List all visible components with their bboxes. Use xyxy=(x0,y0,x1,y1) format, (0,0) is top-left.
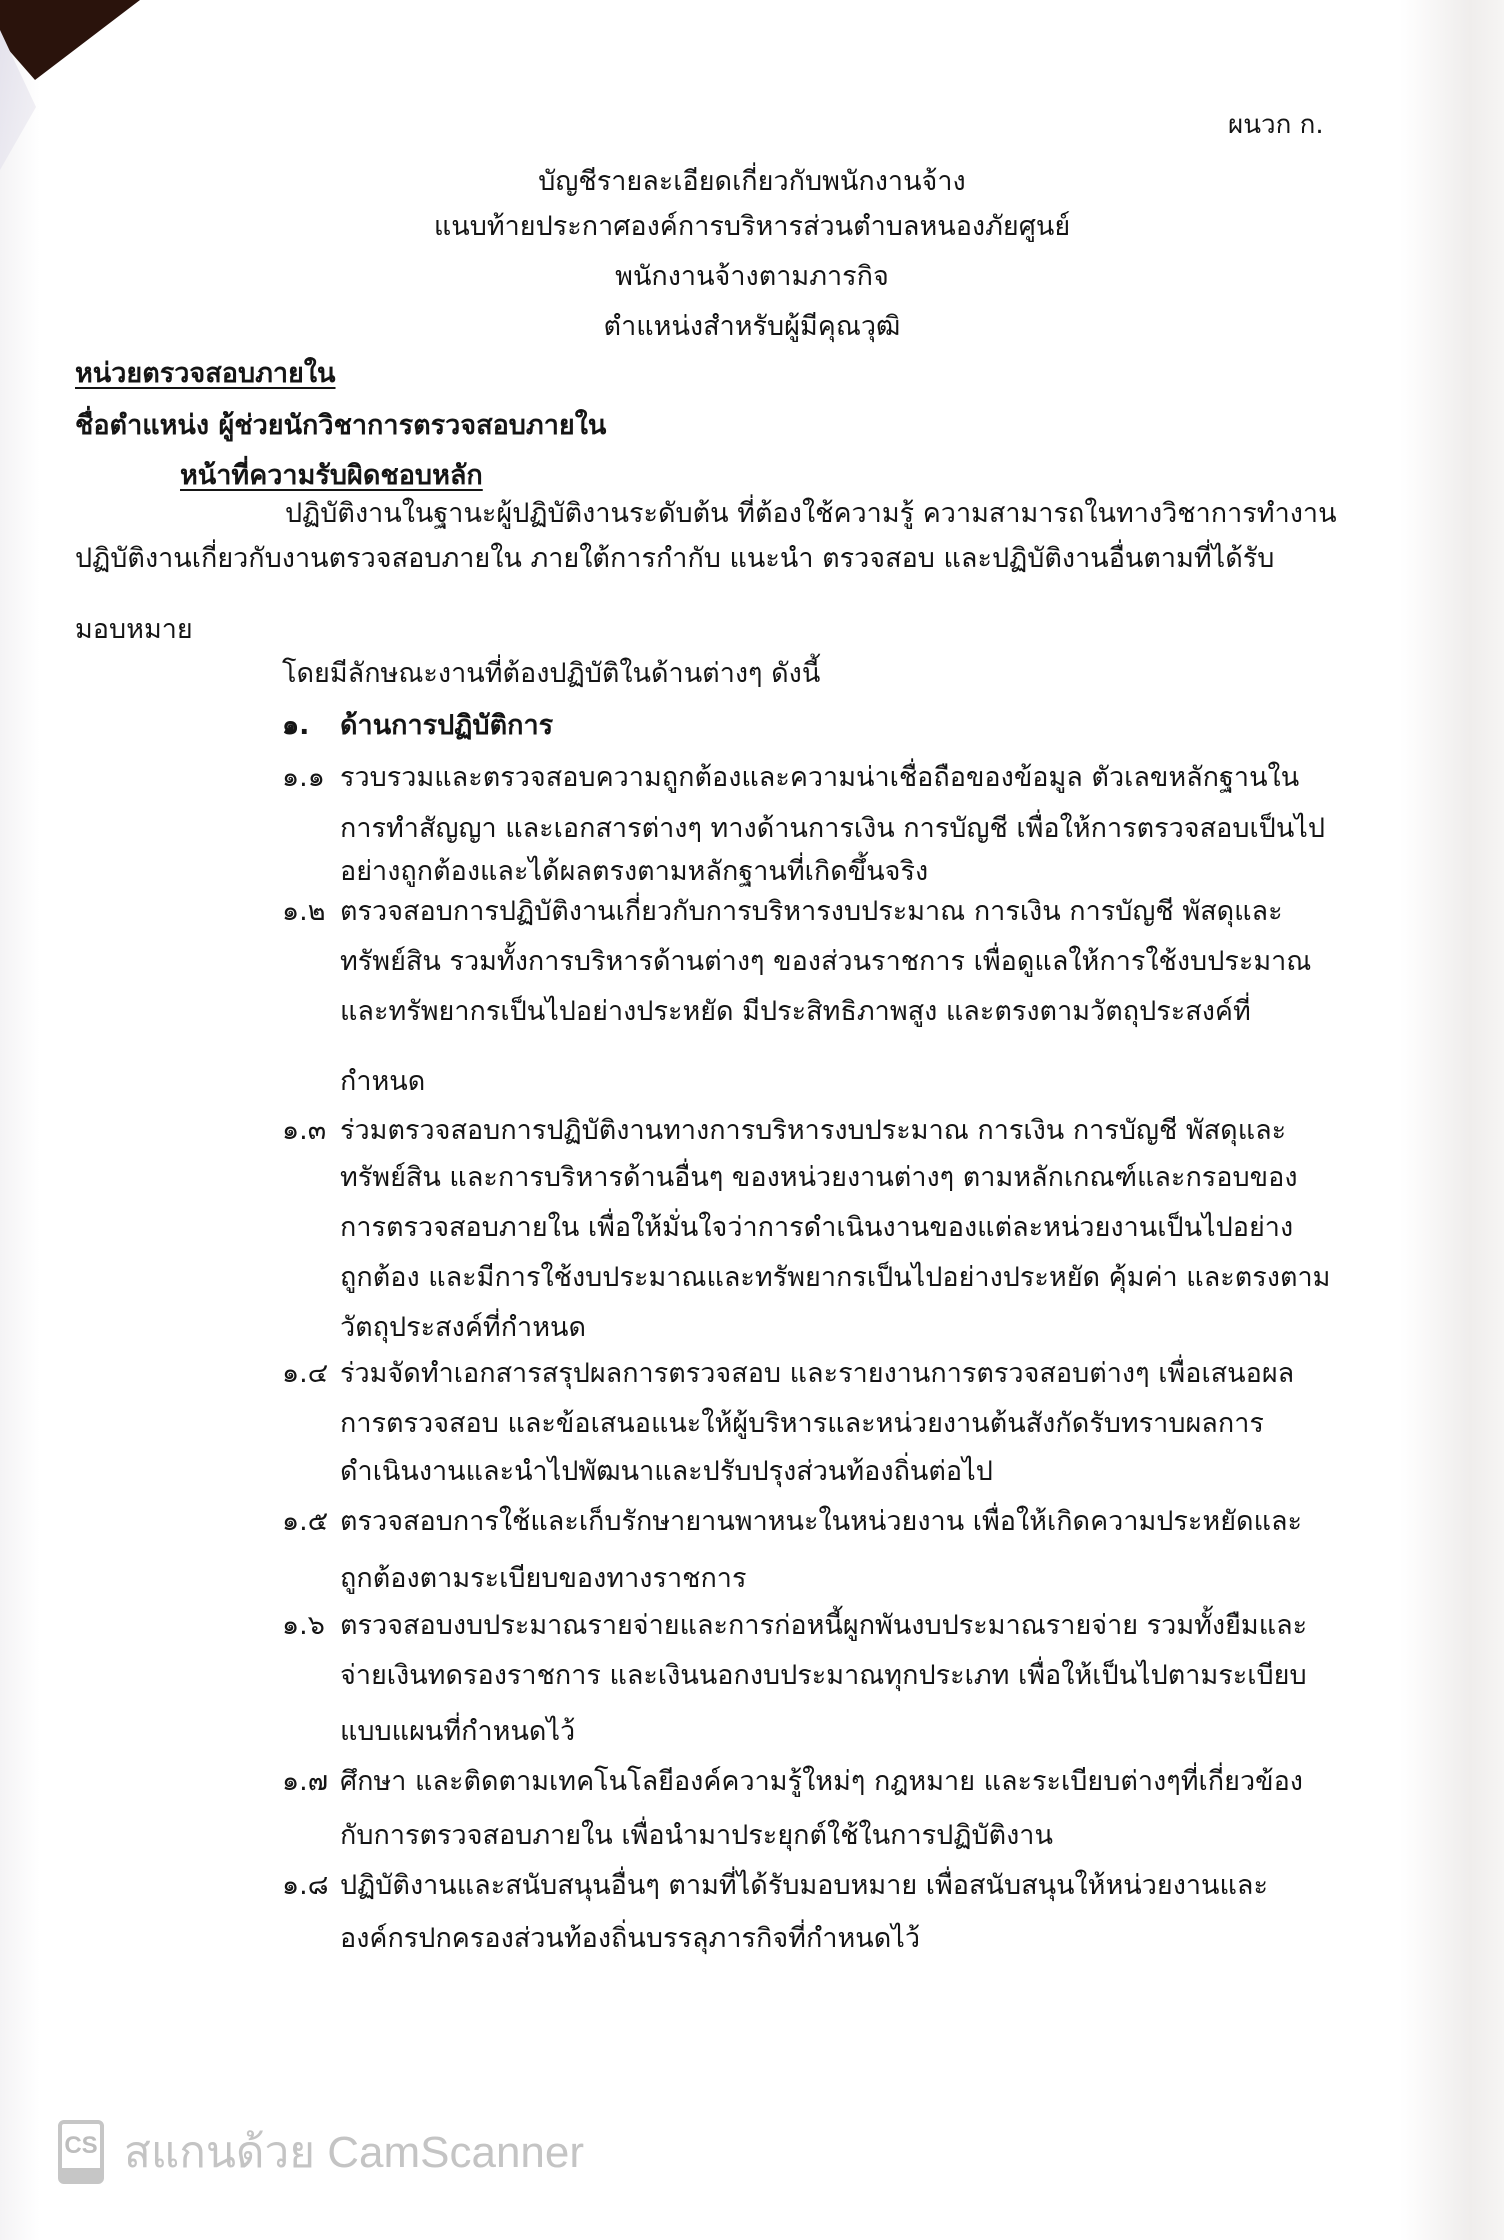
item-1-2-line-1: ๑.๒ตรวจสอบการปฏิบัติงานเกี่ยวกับการบริหา… xyxy=(282,898,1283,925)
item-1-5-line-2: ถูกต้องตามระเบียบของทางราชการ xyxy=(340,1565,746,1592)
item-text: ร่วมจัดทำเอกสารสรุปผลการตรวจสอบ และรายงา… xyxy=(340,1358,1294,1389)
item-1-2-line-4: กำหนด xyxy=(340,1068,425,1095)
item-1-4-line-2: การตรวจสอบ และข้อเสนอแนะให้ผู้บริหารและห… xyxy=(340,1410,1264,1437)
item-text: ร่วมตรวจสอบการปฏิบัติงานทางการบริหารงบปร… xyxy=(340,1115,1286,1146)
item-1-1-line-1: ๑.๑รวบรวมและตรวจสอบความถูกต้องและความน่า… xyxy=(282,764,1299,791)
item-1-3-number: ๑.๓ xyxy=(282,1117,340,1144)
item-1-1-line-2: การทำสัญญา และเอกสารต่างๆ ทางด้านการเงิน… xyxy=(340,815,1325,842)
camscanner-watermark: CS สแกนด้วย CamScanner xyxy=(58,2120,584,2184)
item-1-6-line-2: จ่ายเงินทดรองราชการ และเงินนอกงบประมาณทุ… xyxy=(340,1662,1307,1689)
camscanner-logo-icon: CS xyxy=(58,2120,104,2184)
item-text: รวบรวมและตรวจสอบความถูกต้องและความน่าเชื… xyxy=(340,762,1299,793)
item-1-7-line-2: กับการตรวจสอบภายใน เพื่อนำมาประยุกต์ใช้ใ… xyxy=(340,1822,1053,1849)
item-1-3-line-5: วัตถุประสงค์ที่กำหนด xyxy=(340,1314,586,1341)
item-text: ตรวจสอบการปฏิบัติงานเกี่ยวกับการบริหารงบ… xyxy=(340,896,1283,927)
item-1-3-line-1: ๑.๓ร่วมตรวจสอบการปฏิบัติงานทางการบริหารง… xyxy=(282,1117,1286,1144)
item-1-4-line-3: ดำเนินงานและนำไปพัฒนาและปรับปรุงส่วนท้อง… xyxy=(340,1458,993,1485)
duties-heading: หน้าที่ความรับผิดชอบหลัก xyxy=(180,462,483,489)
item-1-1-line-3: อย่างถูกต้องและได้ผลตรงตามหลักฐานที่เกิด… xyxy=(340,858,928,885)
item-1-3-line-4: ถูกต้อง และมีการใช้งบประมาณและทรัพยากรเป… xyxy=(340,1264,1330,1291)
item-1-6-line-3: แบบแผนที่กำหนดไว้ xyxy=(340,1718,575,1745)
item-1-2-line-2: ทรัพย์สิน รวมทั้งการบริหารด้านต่างๆ ของส… xyxy=(340,948,1311,975)
header-line-3: พนักงานจ้างตามภารกิจ xyxy=(0,263,1504,290)
item-1-3-line-3: การตรวจสอบภายใน เพื่อให้มั่นใจว่าการดำเน… xyxy=(340,1214,1293,1241)
header-line-2: แนบท้ายประกาศองค์การบริหารส่วนตำบลหนองภั… xyxy=(0,213,1504,240)
item-1-4-number: ๑.๔ xyxy=(282,1360,340,1387)
item-1-5-number: ๑.๕ xyxy=(282,1508,340,1535)
watermark-text: สแกนด้วย CamScanner xyxy=(124,2117,584,2187)
logo-text: CS xyxy=(62,2132,100,2160)
item-text: ตรวจสอบงบประมาณรายจ่ายและการก่อหนี้ผูกพั… xyxy=(340,1610,1307,1641)
item-1-2-line-3: และทรัพยากรเป็นไปอย่างประหยัด มีประสิทธิ… xyxy=(340,998,1251,1025)
annex-label: ผนวก ก. xyxy=(1228,112,1324,138)
header-line-4: ตำแหน่งสำหรับผู้มีคุณวุฒิ xyxy=(0,313,1504,340)
item-1-1-number: ๑.๑ xyxy=(282,764,340,791)
item-1-7-line-1: ๑.๗ศึกษา และติดตามเทคโนโลยีองค์ความรู้ให… xyxy=(282,1768,1303,1795)
section-1-title: ด้านการปฏิบัติการ xyxy=(340,710,553,741)
section-1-heading: ๑.ด้านการปฏิบัติการ xyxy=(282,712,553,739)
header-line-1: บัญชีรายละเอียดเกี่ยวกับพนักงานจ้าง xyxy=(0,168,1504,195)
unit-title: หน่วยตรวจสอบภายใน xyxy=(75,360,336,387)
intro-line-3: มอบหมาย xyxy=(75,616,193,643)
item-1-8-number: ๑.๘ xyxy=(282,1872,340,1899)
intro-line-2: ปฏิบัติงานเกี่ยวกับงานตรวจสอบภายใน ภายใต… xyxy=(75,545,1274,572)
item-1-4-line-1: ๑.๔ร่วมจัดทำเอกสารสรุปผลการตรวจสอบ และรา… xyxy=(282,1360,1294,1387)
intro-line-1: ปฏิบัติงานในฐานะผู้ปฏิบัติงานระดับต้น ที… xyxy=(285,500,1337,527)
item-text: ตรวจสอบการใช้และเก็บรักษายานพาหนะในหน่วย… xyxy=(340,1506,1302,1537)
characteristics-intro: โดยมีลักษณะงานที่ต้องปฏิบัติในด้านต่างๆ … xyxy=(282,660,820,687)
item-1-6-line-1: ๑.๖ตรวจสอบงบประมาณรายจ่ายและการก่อหนี้ผู… xyxy=(282,1612,1307,1639)
item-1-2-number: ๑.๒ xyxy=(282,898,340,925)
item-text: ศึกษา และติดตามเทคโนโลยีองค์ความรู้ใหม่ๆ… xyxy=(340,1766,1303,1797)
item-1-3-line-2: ทรัพย์สิน และการบริหารด้านอื่นๆ ของหน่วย… xyxy=(340,1164,1298,1191)
item-1-8-line-2: องค์กรปกครองส่วนท้องถิ่นบรรลุภารกิจที่กำ… xyxy=(340,1925,920,1952)
item-1-8-line-1: ๑.๘ปฏิบัติงานและสนับสนุนอื่นๆ ตามที่ได้ร… xyxy=(282,1872,1268,1899)
position-title: ชื่อตำแหน่ง ผู้ช่วยนักวิชาการตรวจสอบภายใ… xyxy=(75,412,606,439)
item-text: ปฏิบัติงานและสนับสนุนอื่นๆ ตามที่ได้รับม… xyxy=(340,1870,1268,1901)
item-1-7-number: ๑.๗ xyxy=(282,1768,340,1795)
item-1-5-line-1: ๑.๕ตรวจสอบการใช้และเก็บรักษายานพาหนะในหน… xyxy=(282,1508,1302,1535)
item-1-6-number: ๑.๖ xyxy=(282,1612,340,1639)
section-1-number: ๑. xyxy=(282,712,340,739)
